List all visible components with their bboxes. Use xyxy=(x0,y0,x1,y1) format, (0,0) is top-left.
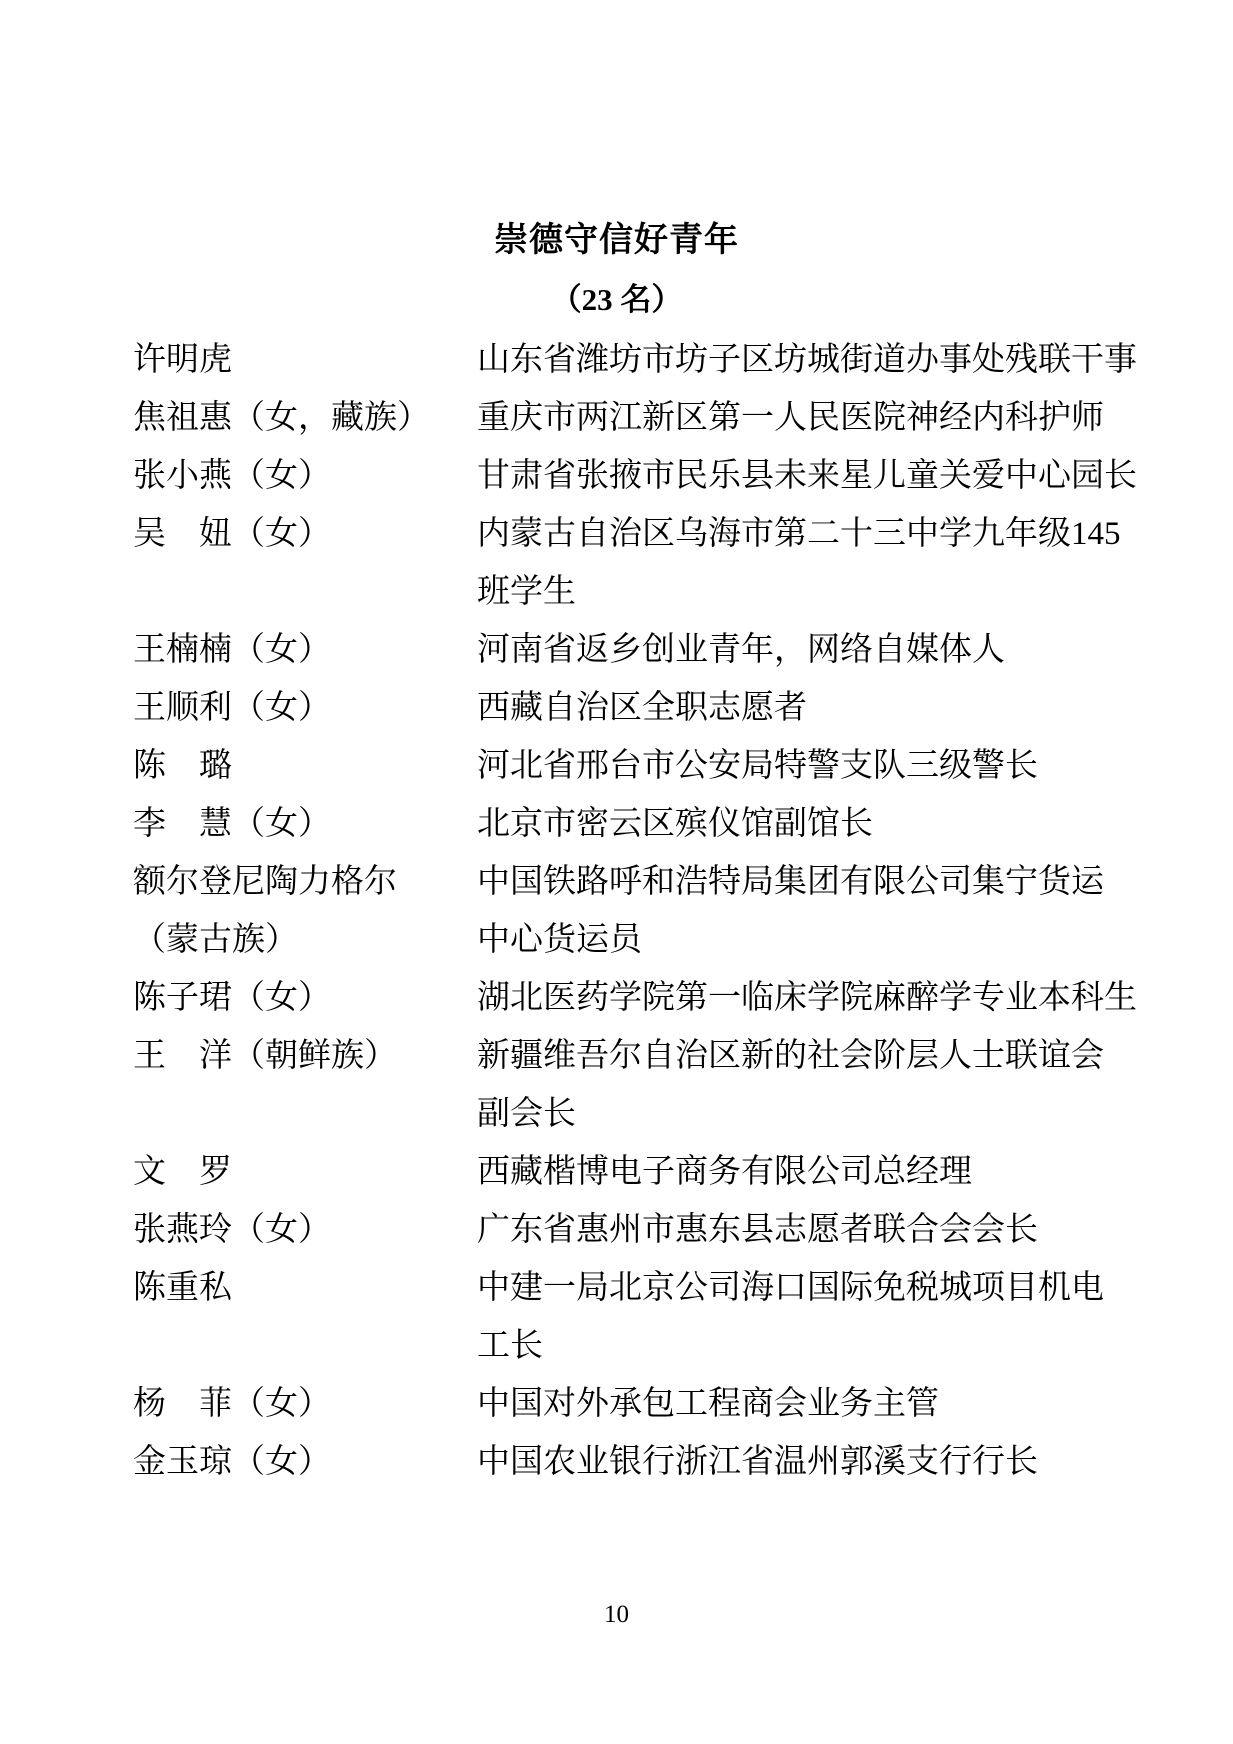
list-item: 额尔登尼陶力格尔（蒙古族） 中国铁路呼和浩特局集团有限公司集宁货运中心货运员 xyxy=(133,853,1173,969)
person-name-line: 焦祖惠（女，藏族） xyxy=(133,389,477,447)
person-name-line: 王顺利（女） xyxy=(133,679,477,737)
list-item: 王 洋（朝鲜族） 新疆维吾尔自治区新的社会阶层人士联谊会副会长 xyxy=(133,1027,1173,1143)
document-page: 崇德守信好青年 （23 名） 许明虎 山东省潍坊市坊子区坊城街道办事处残联干事 … xyxy=(0,0,1233,1744)
person-name-line: 陈 璐 xyxy=(133,737,477,795)
person-name-line: 吴 妞（女） xyxy=(133,505,477,563)
person-description-line: 西藏楷博电子商务有限公司总经理 xyxy=(477,1143,1173,1201)
person-name: 张燕玲（女） xyxy=(133,1201,477,1259)
page-number: 10 xyxy=(0,1598,1233,1632)
person-description-line: 河北省邢台市公安局特警支队三级警长 xyxy=(477,737,1173,795)
person-name: 吴 妞（女） xyxy=(133,505,477,563)
person-description-line: 班学生 xyxy=(477,563,1173,621)
list-item: 李 慧（女） 北京市密云区殡仪馆副馆长 xyxy=(133,795,1173,853)
page-title: 崇德守信好青年 xyxy=(0,0,1233,257)
person-name-line: 陈子珺（女） xyxy=(133,969,477,1027)
person-description: 中建一局北京公司海口国际免税城项目机电工长 xyxy=(477,1259,1173,1375)
person-description: 河南省返乡创业青年，网络自媒体人 xyxy=(477,621,1173,679)
person-description-line: 中国农业银行浙江省温州郭溪支行行长 xyxy=(477,1433,1173,1491)
person-description: 西藏楷博电子商务有限公司总经理 xyxy=(477,1143,1173,1201)
person-name: 额尔登尼陶力格尔（蒙古族） xyxy=(133,853,477,969)
person-description: 广东省惠州市惠东县志愿者联合会会长 xyxy=(477,1201,1173,1259)
person-description-line: 重庆市两江新区第一人民医院神经内科护师 xyxy=(477,389,1173,447)
person-description: 内蒙古自治区乌海市第二十三中学九年级145班学生 xyxy=(477,505,1173,621)
person-name-line: 金玉琼（女） xyxy=(133,1433,477,1491)
person-description: 中国农业银行浙江省温州郭溪支行行长 xyxy=(477,1433,1173,1491)
person-description-line: 广东省惠州市惠东县志愿者联合会会长 xyxy=(477,1201,1173,1259)
person-description-line: 西藏自治区全职志愿者 xyxy=(477,679,1173,737)
person-name-line: 王 洋（朝鲜族） xyxy=(133,1027,477,1085)
list-item: 张燕玲（女） 广东省惠州市惠东县志愿者联合会会长 xyxy=(133,1201,1173,1259)
list-item: 杨 菲（女） 中国对外承包工程商会业务主管 xyxy=(133,1375,1173,1433)
person-name: 杨 菲（女） xyxy=(133,1375,477,1433)
person-description: 西藏自治区全职志愿者 xyxy=(477,679,1173,737)
person-description-line: 内蒙古自治区乌海市第二十三中学九年级145 xyxy=(477,505,1173,563)
person-name: 许明虎 xyxy=(133,331,477,389)
list-item: 王顺利（女） 西藏自治区全职志愿者 xyxy=(133,679,1173,737)
person-description-line: 中国对外承包工程商会业务主管 xyxy=(477,1375,1173,1433)
person-name-line: 张小燕（女） xyxy=(133,447,477,505)
person-description: 甘肃省张掖市民乐县未来星儿童关爱中心园长 xyxy=(477,447,1173,505)
person-description: 重庆市两江新区第一人民医院神经内科护师 xyxy=(477,389,1173,447)
person-name: 文 罗 xyxy=(133,1143,477,1201)
person-name: 张小燕（女） xyxy=(133,447,477,505)
person-name-line: 额尔登尼陶力格尔 xyxy=(133,853,477,911)
person-name-line: 文 罗 xyxy=(133,1143,477,1201)
list-item: 许明虎 山东省潍坊市坊子区坊城街道办事处残联干事 xyxy=(133,331,1173,389)
person-description-line: 中心货运员 xyxy=(477,911,1173,969)
person-name: 王顺利（女） xyxy=(133,679,477,737)
person-description: 湖北医药学院第一临床学院麻醉学专业本科生 xyxy=(477,969,1173,1027)
person-description-line: 工长 xyxy=(477,1317,1173,1375)
person-description-line: 北京市密云区殡仪馆副馆长 xyxy=(477,795,1173,853)
person-description-line: 中建一局北京公司海口国际免税城项目机电 xyxy=(477,1259,1173,1317)
list-item: 陈 璐 河北省邢台市公安局特警支队三级警长 xyxy=(133,737,1173,795)
person-name-line: 王楠楠（女） xyxy=(133,621,477,679)
list-item: 陈子珺（女） 湖北医药学院第一临床学院麻醉学专业本科生 xyxy=(133,969,1173,1027)
list-item: 陈重私 中建一局北京公司海口国际免税城项目机电工长 xyxy=(133,1259,1173,1375)
person-description: 北京市密云区殡仪馆副馆长 xyxy=(477,795,1173,853)
person-description-line: 甘肃省张掖市民乐县未来星儿童关爱中心园长 xyxy=(477,447,1173,505)
person-description: 中国铁路呼和浩特局集团有限公司集宁货运中心货运员 xyxy=(477,853,1173,969)
person-name-line: 张燕玲（女） xyxy=(133,1201,477,1259)
person-description: 中国对外承包工程商会业务主管 xyxy=(477,1375,1173,1433)
list-item: 张小燕（女） 甘肃省张掖市民乐县未来星儿童关爱中心园长 xyxy=(133,447,1173,505)
person-name-line: 许明虎 xyxy=(133,331,477,389)
list-item: 吴 妞（女） 内蒙古自治区乌海市第二十三中学九年级145班学生 xyxy=(133,505,1173,621)
person-description-line: 湖北医药学院第一临床学院麻醉学专业本科生 xyxy=(477,969,1173,1027)
person-description-line: 新疆维吾尔自治区新的社会阶层人士联谊会 xyxy=(477,1027,1173,1085)
list-item: 王楠楠（女） 河南省返乡创业青年，网络自媒体人 xyxy=(133,621,1173,679)
person-name: 金玉琼（女） xyxy=(133,1433,477,1491)
person-name-line: 杨 菲（女） xyxy=(133,1375,477,1433)
list-item: 文 罗 西藏楷博电子商务有限公司总经理 xyxy=(133,1143,1173,1201)
list-item: 焦祖惠（女，藏族） 重庆市两江新区第一人民医院神经内科护师 xyxy=(133,389,1173,447)
person-description: 山东省潍坊市坊子区坊城街道办事处残联干事 xyxy=(477,331,1173,389)
awardee-list: 许明虎 山东省潍坊市坊子区坊城街道办事处残联干事 焦祖惠（女，藏族） 重庆市两江… xyxy=(0,331,1233,1491)
person-name-line: （蒙古族） xyxy=(133,911,477,969)
person-name: 李 慧（女） xyxy=(133,795,477,853)
person-name: 陈子珺（女） xyxy=(133,969,477,1027)
person-description: 新疆维吾尔自治区新的社会阶层人士联谊会副会长 xyxy=(477,1027,1173,1143)
person-name: 王 洋（朝鲜族） xyxy=(133,1027,477,1085)
person-name: 陈 璐 xyxy=(133,737,477,795)
person-name-line: 陈重私 xyxy=(133,1259,477,1317)
person-name: 焦祖惠（女，藏族） xyxy=(133,389,477,447)
person-name-line: 李 慧（女） xyxy=(133,795,477,853)
person-name: 王楠楠（女） xyxy=(133,621,477,679)
person-description: 河北省邢台市公安局特警支队三级警长 xyxy=(477,737,1173,795)
page-subtitle: （23 名） xyxy=(0,283,1233,317)
person-description-line: 河南省返乡创业青年，网络自媒体人 xyxy=(477,621,1173,679)
list-item: 金玉琼（女） 中国农业银行浙江省温州郭溪支行行长 xyxy=(133,1433,1173,1491)
person-description-line: 副会长 xyxy=(477,1085,1173,1143)
person-description-line: 山东省潍坊市坊子区坊城街道办事处残联干事 xyxy=(477,331,1173,389)
person-name: 陈重私 xyxy=(133,1259,477,1317)
person-description-line: 中国铁路呼和浩特局集团有限公司集宁货运 xyxy=(477,853,1173,911)
